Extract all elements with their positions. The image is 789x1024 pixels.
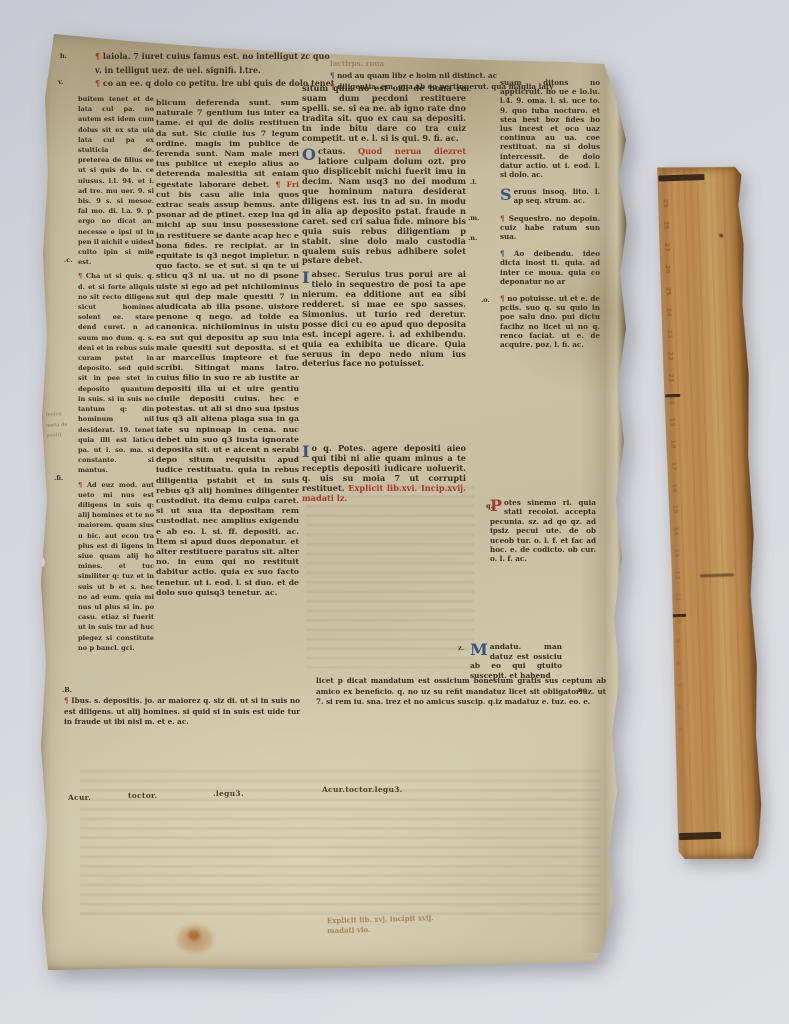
ruler-number: 5 [676, 727, 684, 732]
parchment-page: ¶ laiola. 7 iuret cuius famus est. no in… [38, 28, 630, 973]
manuscript-leaf: ¶ laiola. 7 iuret cuius famus est. no in… [38, 28, 630, 973]
edge-notch [36, 556, 45, 568]
text-paragraph: suam ditons no appticruit. ho ue e lo.lu… [500, 78, 600, 179]
ruler-number: 20 [668, 396, 676, 405]
ruler-number: 7 [675, 683, 683, 688]
show-through-patch [306, 486, 474, 668]
ruler-body: 2928272625242322212019181716151413121110… [657, 165, 764, 863]
ruler-number: 27 [663, 243, 671, 252]
siglum: .m. [468, 214, 479, 222]
text-paragraph: licet p dicat mandatum est ossicium bone… [316, 676, 606, 708]
ruler-number: 17 [670, 461, 678, 470]
show-through-patch [80, 770, 600, 916]
ruler-tick [658, 174, 704, 181]
ruler-number: 28 [662, 221, 670, 230]
text-paragraph: ¶ Ad euz mod. aut ueto mi nus est dilige… [78, 480, 154, 653]
bottom-left-paragraph: ¶ Ibus. s. depositis. jo. ar maiorez q. … [64, 696, 300, 738]
ruler-number: 15 [671, 504, 679, 513]
text-paragraph: Iabsec. Seruius trus porui are ai tielo … [302, 270, 466, 369]
gloss-column-right: suam ditons no appticruit. ho ue e lo.lu… [500, 78, 600, 414]
text-paragraph: situm quia no est orii de bona re suam d… [302, 84, 466, 143]
ruler-number: 19 [668, 417, 676, 426]
siglum: b. [60, 52, 67, 60]
main-text-column-2: situm quia no est orii de bona re suam d… [302, 84, 466, 440]
ruler-number: 24 [665, 308, 673, 317]
text-paragraph: ¶ Ibus. s. depositis. jo. ar maiorez q. … [64, 696, 300, 728]
ruler-number: 18 [669, 439, 677, 448]
siglum: .n. [468, 234, 477, 242]
text-paragraph: buitem tenet et de lata cul pa. no autem… [78, 94, 154, 267]
wood-scratch [700, 573, 734, 577]
ruler-number: 8 [674, 661, 682, 666]
ruler-scale-numbers: 2928272625242322212019181716151413121110… [657, 165, 742, 168]
text-paragraph: ¶ Cha ut si quis. q. d. et si forte aliq… [78, 271, 154, 475]
gloss-column-left: buitem tenet et de lata cul pa. no autem… [78, 94, 154, 736]
ruler-number: 6 [675, 705, 683, 710]
ruler-number: 11 [674, 592, 682, 601]
text-paragraph: lactirps. roua [330, 58, 600, 70]
siglum: no [578, 686, 587, 694]
text-paragraph: ¶ Ao deibendu. ideo dicta inost ti. quia… [500, 249, 600, 286]
ruler-number: 21 [667, 374, 675, 383]
siglum: .fi. [54, 474, 63, 482]
ruler-number: 16 [671, 483, 679, 492]
wooden-ruler: 2928272625242322212019181716151413121110… [657, 165, 764, 863]
ruler-number: 26 [664, 265, 672, 274]
ruler-number: 9 [673, 639, 681, 644]
stain [168, 918, 222, 960]
ruler-number: 25 [664, 287, 672, 296]
ruler-number: 23 [666, 330, 674, 339]
text-paragraph: Mandatu. man datuz est ossiciu ab eo qui… [470, 642, 562, 680]
ruler-number: 13 [673, 548, 681, 557]
ruler-number: 14 [672, 526, 680, 535]
siglum: .i. [462, 72, 469, 80]
siglum: .l. [470, 178, 477, 186]
potes-paragraph: Potes sinemo ri. quia stati recoloi. acc… [490, 498, 596, 598]
text-paragraph: Potes sinemo ri. quia stati recoloi. acc… [490, 498, 596, 564]
photo-canvas: ¶ laiola. 7 iuret cuius famus est. no in… [0, 0, 789, 1024]
ruler-number: 22 [666, 352, 674, 361]
wood-knot [719, 233, 723, 237]
ruler-tick [679, 832, 721, 840]
ruler-number: 10 [675, 614, 683, 623]
siglum: .B. [62, 686, 72, 694]
ruler-ticks [657, 165, 742, 168]
bottom-wide-paragraph: licet p dicat mandatum est ossicium bone… [316, 676, 606, 724]
siglum: .c. [64, 256, 72, 264]
main-text-column-1: blicum deferenda sunt. sum naturale 7 ge… [156, 98, 299, 664]
siglum: v. [58, 78, 63, 86]
ruler-number: 12 [673, 570, 681, 579]
text-paragraph: ¶ Sequestro. no depoin. cuiz habe ratum … [500, 214, 600, 242]
text-paragraph: blicum deferenda sunt. sum naturale 7 ge… [156, 98, 299, 598]
siglum: .o. [481, 296, 490, 304]
text-paragraph: ¶ no potuisse. ut et e. de pciis. suo q.… [500, 294, 600, 349]
text-paragraph: Seruus insoq. lito. l. ap seq. strum. ac… [500, 187, 600, 205]
text-paragraph: Octaus. Quod nerua diezret latiore culpa… [302, 147, 466, 266]
ruler-number: 29 [662, 199, 670, 208]
